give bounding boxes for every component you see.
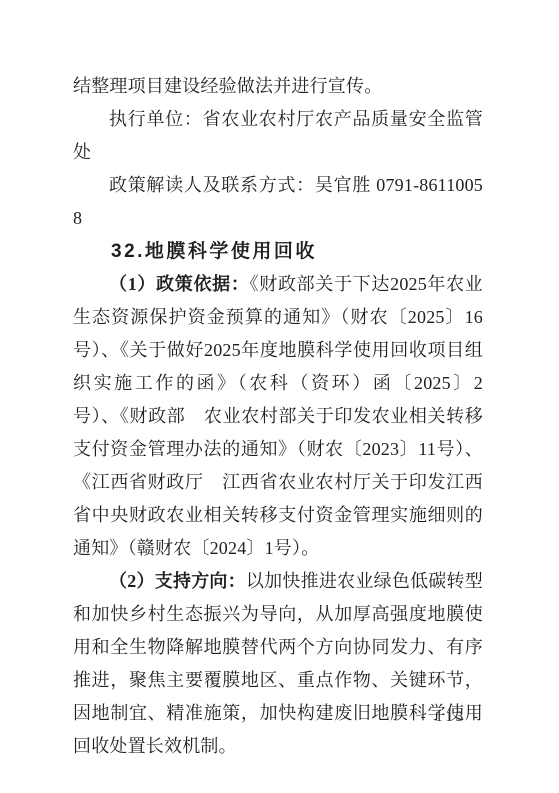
policy-basis-paragraph: （1）政策依据：《财政部关于下达2025年农业生态资源保护资金预算的通知》（财农…: [73, 268, 483, 565]
document-page: 结整理项目建设经验做法并进行宣传。执行单位：省农业农村厅农产品质量安全监管处政策…: [0, 0, 559, 793]
continuation-paragraph: 结整理项目建设经验做法并进行宣传。: [73, 70, 483, 103]
executing-unit-line: 执行单位：省农业农村厅农产品质量安全监管处: [73, 103, 483, 169]
support-direction-paragraph: （2）支持方向：以加快推进农业绿色低碳转型和加快乡村生态振兴为导向，从加厚高强度…: [73, 565, 483, 763]
page-number: - 113 -: [421, 709, 481, 725]
section-heading-32: 32.地膜科学使用回收: [73, 235, 483, 268]
document-body: 结整理项目建设经验做法并进行宣传。执行单位：省农业农村厅农产品质量安全监管处政策…: [73, 70, 483, 763]
policy-basis-paragraph-label: （1）政策依据：: [109, 274, 250, 294]
support-direction-paragraph-label: （2）支持方向：: [109, 571, 246, 591]
policy-contact-line: 政策解读人及联系方式：吴官胜 0791-86110058: [73, 169, 483, 235]
page-footer: - 113 -: [421, 708, 481, 726]
